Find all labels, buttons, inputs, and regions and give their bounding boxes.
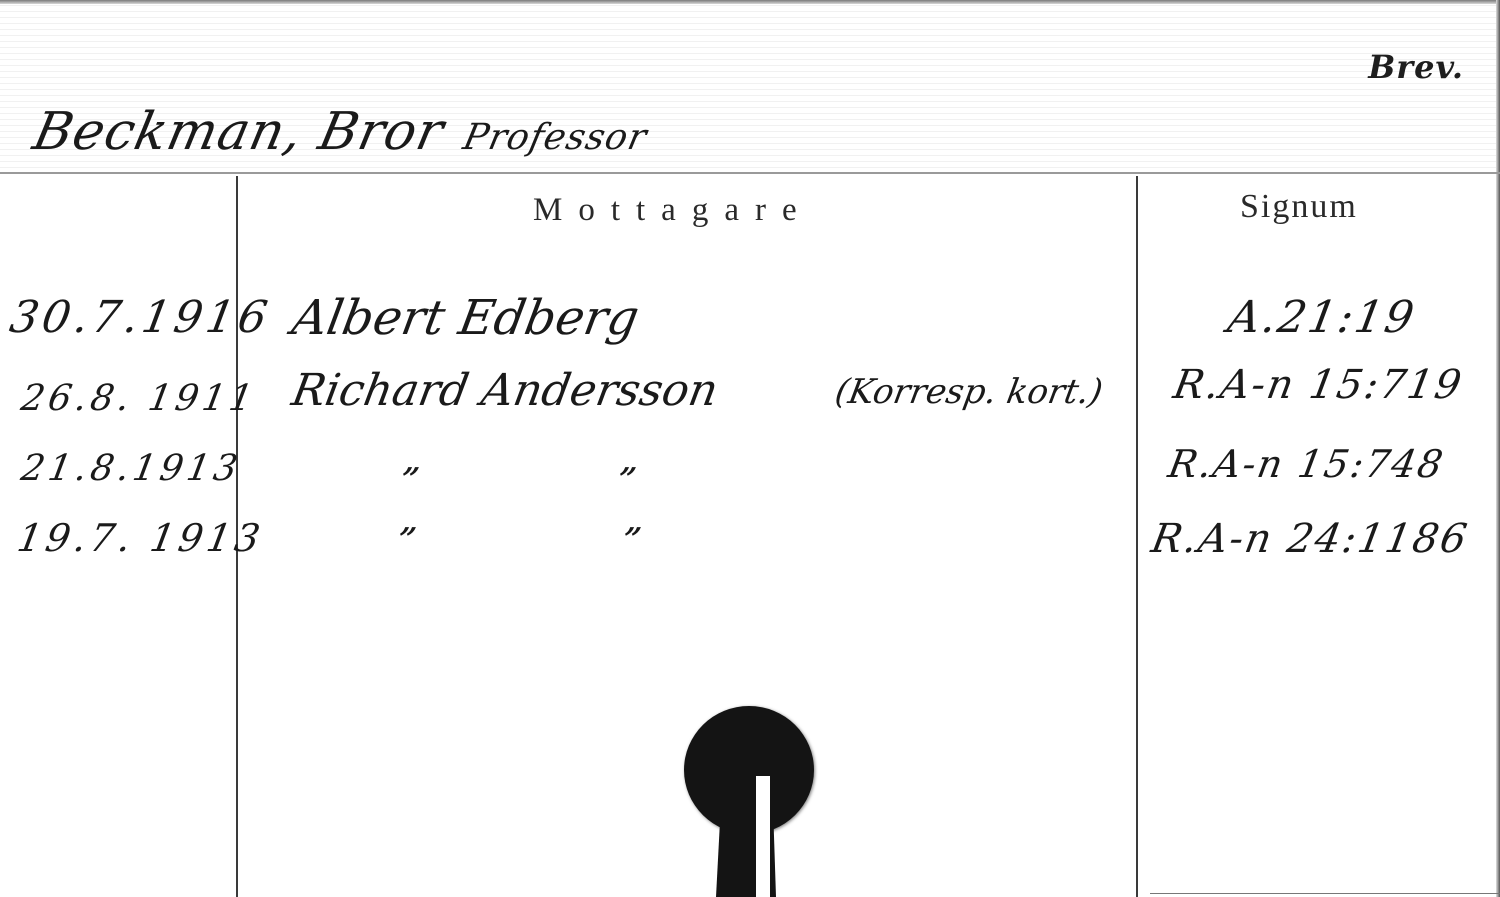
entry-note: (Korresp. kort.) [832, 372, 1106, 412]
entry-date: 21.8.1913 [18, 448, 244, 489]
entry-date: 30.7.1916 [6, 292, 275, 343]
card-top-edge [0, 0, 1500, 4]
entry-signum: R.A-n 15:719 [1170, 362, 1467, 408]
category-label: Brev. [1368, 48, 1464, 86]
card-punch-hole-icon [684, 706, 814, 897]
ditto-mark: ” [398, 462, 421, 497]
entry-date: 26.8. 1911 [18, 378, 260, 419]
card-right-edge [1496, 0, 1500, 897]
correspondent-title: Professor [460, 117, 651, 158]
entry-recipient: Albert Edberg [288, 290, 643, 346]
index-card: Brev. Beckman, BrorProfessor Mottagare S… [0, 0, 1500, 897]
entry-recipient: Richard Andersson [288, 365, 722, 416]
ditto-mark: ” [395, 522, 418, 557]
signum-column-header: Signum [1240, 188, 1358, 226]
entry-date: 19.7. 1913 [14, 516, 267, 560]
entry-signum: R.A-n 15:748 [1165, 442, 1448, 486]
recipient-column-header: Mottagare [533, 192, 813, 229]
signum-column-divider [1136, 176, 1138, 897]
bottom-rule [1150, 893, 1500, 894]
correspondent-name: Beckman, Bror [28, 102, 449, 162]
correspondent-heading: Beckman, BrorProfessor [28, 102, 654, 162]
header-divider [0, 172, 1500, 174]
punch-hole-slot [756, 776, 770, 897]
ditto-mark: ” [615, 462, 638, 497]
entry-signum: R.A-n 24:1186 [1148, 516, 1472, 562]
entry-signum: A.21:19 [1224, 292, 1420, 343]
ditto-mark: ” [620, 522, 643, 557]
